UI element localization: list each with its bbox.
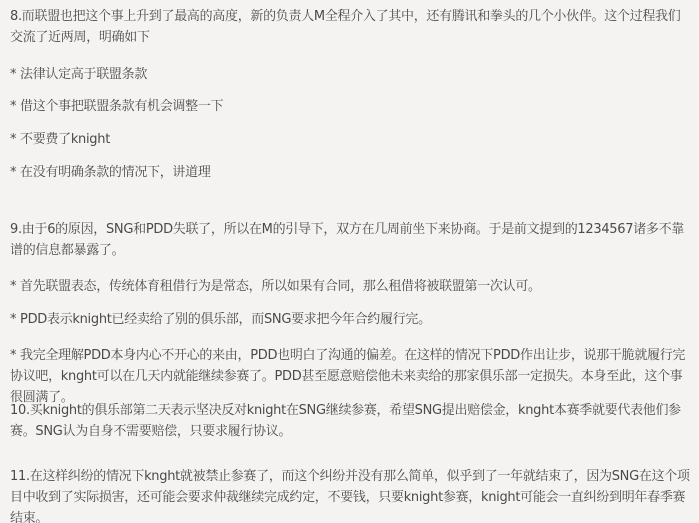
bullet-item: * 在没有明确条款的情况下，讲道理	[10, 162, 690, 183]
bullet-item: * 法律认定高于联盟条款	[10, 64, 690, 85]
paragraph-11: 11.在这样纠纷的情况下knght就被禁止参赛了，而这个纠纷并没有那么简单，似乎…	[10, 466, 690, 523]
bullet-item: * PDD表示knight已经卖给了别的俱乐部，而SNG要求把今年合约履行完。	[10, 309, 690, 330]
paragraph-8: 8.而联盟也把这个事上升到了最高的高度，新的负责人M全程介入了其中，还有腾讯和拳…	[10, 6, 690, 48]
bullet-item: * 首先联盟表态，传统体育租借行为是常态，所以如果有合同，那么租借将被联盟第一次…	[10, 276, 690, 297]
bullet-item: * 借这个事把联盟条款有机会调整一下	[10, 96, 690, 117]
bullet-item: * 我完全理解PDD本身内心不开心的来由，PDD也明白了沟通的偏差。在这样的情况…	[10, 345, 690, 408]
paragraph-10: 10.买knight的俱乐部第二天表示坚决反对knight在SNG继续参赛，希望…	[10, 400, 690, 442]
article-body: 8.而联盟也把这个事上升到了最高的高度，新的负责人M全程介入了其中，还有腾讯和拳…	[0, 0, 699, 523]
paragraph-9: 9.由于6的原因，SNG和PDD失联了，所以在M的引导下，双方在几周前坐下来协商…	[10, 219, 690, 261]
bullet-item: * 不要费了knight	[10, 129, 690, 150]
